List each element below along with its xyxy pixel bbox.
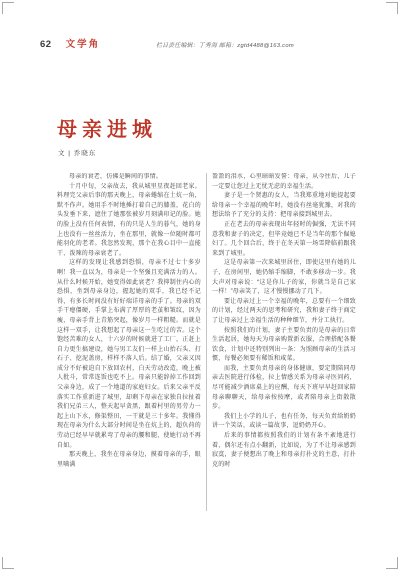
body-paragraph: 后来的事情都按照我们的计划有条不紊地进行着，偶尔还有点小翻新，比如说，为了不让母… xyxy=(212,432,356,470)
crop-mark-bottom-left xyxy=(2,557,14,569)
magazine-page: 62 文学角 栏目责任编辑：丁秀海 邮箱：zgtd4488@163.com 母亲… xyxy=(0,0,400,571)
article-title: 母亲进城 xyxy=(57,113,157,142)
body-paragraph: 母亲的衰老，仿佛是瞬间的事情。 xyxy=(57,173,201,183)
page-header: 62 文学角 栏目责任编辑：丁秀海 邮箱：zgtd4488@163.com xyxy=(40,36,370,50)
body-paragraph: 而我，主要负责母亲的身体健康，要定期陪同母亲去医院进行体检，拉上情感关系为母亲寻… xyxy=(212,365,356,413)
article-body: 母亲的衰老，仿佛是瞬间的事情。 十月中旬，父亲故去，我从城里星夜赶回老家。料理完… xyxy=(57,173,356,513)
body-paragraph: 这样的发现让我感到恐惧，母亲不过七十多岁啊！我一直以为，母亲是一个坚强且充满活力… xyxy=(57,259,201,451)
crop-mark-top-right xyxy=(386,2,398,14)
body-paragraph: 我们上小学的儿子，也有任务，每天负责给奶奶讲一个笑话，或读一篇故事，逗奶奶开心。 xyxy=(212,413,356,432)
body-paragraph: 按照我们的计划，妻子主要负责的是母亲的日常生活起居，她每天为母亲购置新衣服，合理… xyxy=(212,327,356,365)
right-column: 盈盈的泪水，心里暗暗发誓：母亲，从今往后，儿子一定要让您过上无忧无虑的幸福生活。… xyxy=(212,173,356,513)
page-number: 62 xyxy=(40,39,52,50)
body-paragraph: 盈盈的泪水，心里暗暗发誓：母亲，从今往后，儿子一定要让您过上无忧无虑的幸福生活。 xyxy=(212,173,356,192)
column-divider xyxy=(206,173,207,511)
body-paragraph: 十月中旬，父亲故去，我从城里星夜赶回老家。料理完父亲后事的那天晚上，母亲蜷缩在土… xyxy=(57,183,201,260)
body-paragraph: 这是母亲第一次来城里居住，即使这里有她的儿子，在房间里，她仍缩手缩脚，不敢多移动… xyxy=(212,259,356,297)
editor-contact-line: 栏目责任编辑：丁秀海 邮箱：zgtd4488@163.com xyxy=(156,40,294,49)
article-byline: 文 | 乔晓东 xyxy=(58,148,96,157)
body-paragraph: 那天晚上，我坐在母亲身边，摸着母亲的手，眼里噙满 xyxy=(57,451,201,470)
body-paragraph: 妻子是一个贤惠的女人，当我郑重地对她提起要给母亲一个幸福的晚年时，她没有丝毫犹豫… xyxy=(212,192,356,221)
body-paragraph: 正在老去的母亲表现出年轻时的倔强，无法不同意我和妻子的决定，但毕竟她已不是当年的… xyxy=(212,221,356,259)
left-column: 母亲的衰老，仿佛是瞬间的事情。 十月中旬，父亲故去，我从城里星夜赶回老家。料理完… xyxy=(57,173,201,513)
section-title: 文学角 xyxy=(66,36,101,50)
crop-mark-top-left xyxy=(2,2,14,14)
crop-mark-bottom-right xyxy=(386,557,398,569)
body-paragraph: 要让母亲过上一个幸福的晚年，总要有一个细致的计划，经过两天的思考和研究，我和妻子… xyxy=(212,298,356,327)
